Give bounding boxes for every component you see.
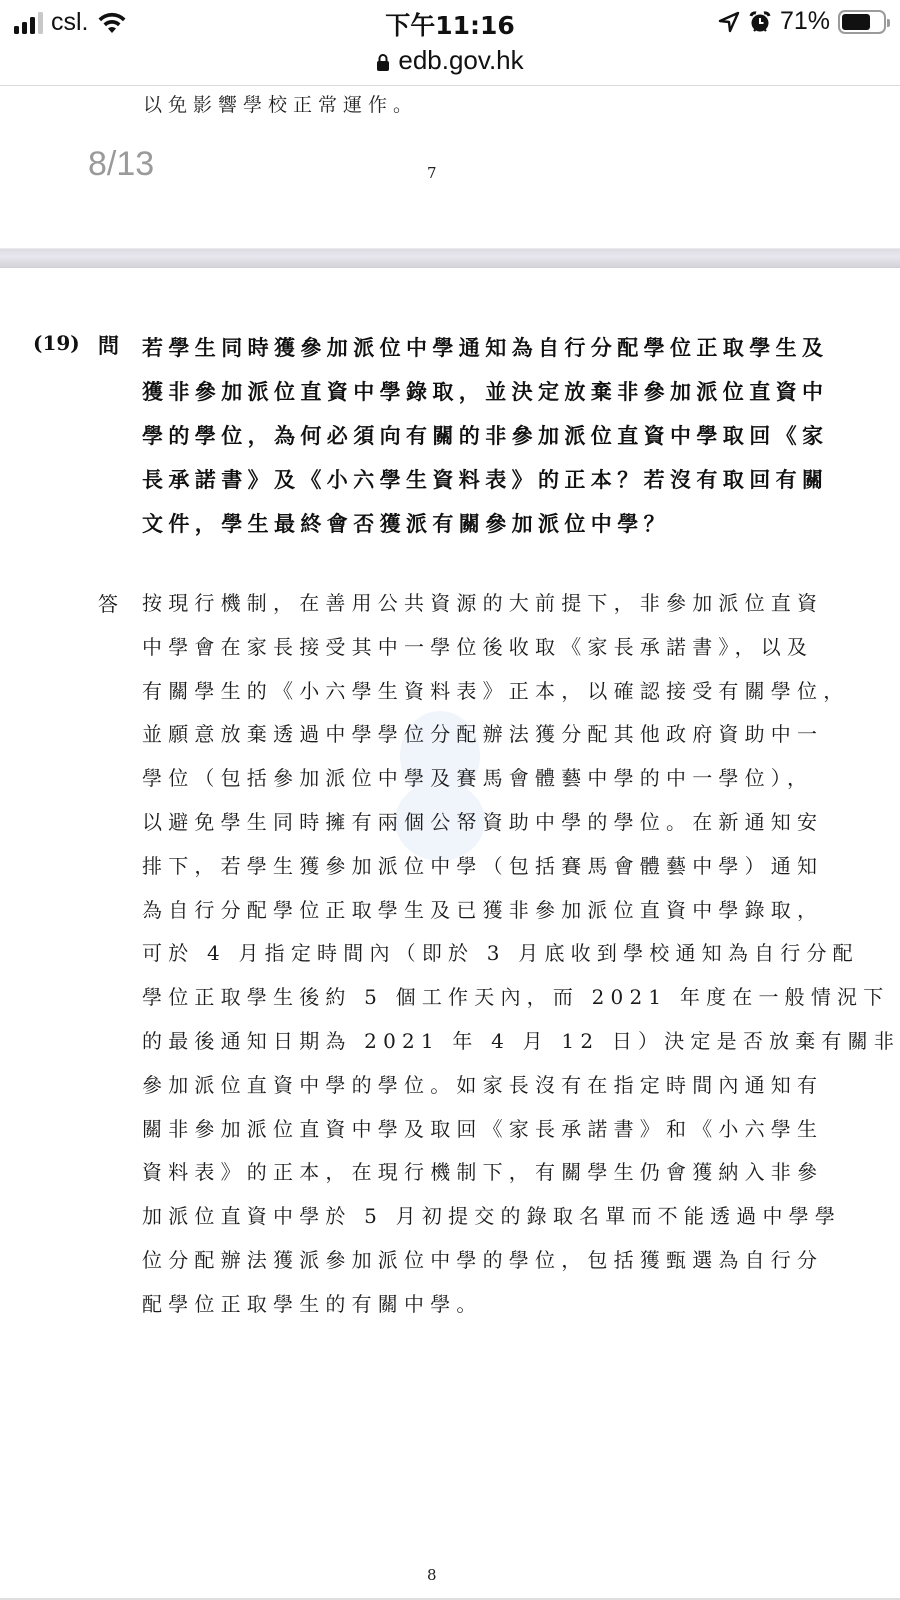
answer-line: 按現行機制，在善用公共資源的大前提下，非參加派位直資 bbox=[142, 582, 827, 626]
lock-icon bbox=[376, 53, 390, 71]
answer-line: 的最後通知日期為 2021 年 4 月 12 日）決定是否放棄有關非 bbox=[142, 1020, 827, 1064]
question-line: 長承諾書》及《小六學生資料表》的正本？若沒有取回有關 bbox=[142, 458, 827, 502]
answer-line: 學位正取學生後約 5 個工作天內，而 2021 年度在一般情況下 bbox=[142, 976, 827, 1020]
pdf-viewer[interactable]: 以免影響學校正常運作。 8/13 7 (19) 問 若學生同時獲參加派位中學通知… bbox=[0, 86, 900, 1600]
answer-line: 有關學生的《小六學生資料表》正本，以確認接受有關學位， bbox=[142, 670, 827, 714]
question-label: 問 bbox=[98, 330, 119, 360]
battery-icon bbox=[838, 10, 886, 34]
question-line: 學的學位，為何必須向有關的非參加派位直資中學取回《家 bbox=[142, 414, 827, 458]
page-number: 8 bbox=[427, 1566, 437, 1584]
answer-text: 按現行機制，在善用公共資源的大前提下，非參加派位直資 中學會在家長接受其中一學位… bbox=[142, 582, 827, 1327]
answer-label: 答 bbox=[98, 588, 118, 617]
answer-line: 為自行分配學位正取學生及已獲非參加派位直資中學錄取， bbox=[142, 889, 827, 933]
location-arrow-icon bbox=[718, 11, 740, 33]
answer-line: 配學位正取學生的有關中學。 bbox=[142, 1283, 827, 1327]
battery-percent: 71% bbox=[780, 7, 830, 36]
answer-line: 位分配辦法獲派參加派位中學的學位，包括獲甄選為自行分 bbox=[142, 1239, 827, 1283]
page-number: 7 bbox=[427, 164, 437, 182]
answer-line: 參加派位直資中學的學位。如家長沒有在指定時間內通知有 bbox=[142, 1064, 827, 1108]
answer-line: 加派位直資中學於 5 月初提交的錄取名單而不能透過中學學 bbox=[142, 1195, 827, 1239]
question-text: 若學生同時獲參加派位中學通知為自行分配學位正取學生及 獲非參加派位直資中學錄取，… bbox=[142, 326, 827, 546]
page-divider bbox=[0, 248, 900, 268]
answer-line: 學位（包括參加派位中學及賽馬會體藝中學的中一學位）， bbox=[142, 757, 827, 801]
status-bar: csl. 下午11:16 71% bbox=[0, 0, 900, 42]
answer-line: 排下，若學生獲參加派位中學（包括賽馬會體藝中學）通知 bbox=[142, 845, 827, 889]
answer-line: 關非參加派位直資中學及取回《家長承諾書》和《小六學生 bbox=[142, 1108, 827, 1152]
question-line: 獲非參加派位直資中學錄取，並決定放棄非參加派位直資中 bbox=[142, 370, 827, 414]
answer-line: 中學會在家長接受其中一學位後收取《家長承諾書》，以及 bbox=[142, 626, 827, 670]
question-line: 文件，學生最終會否獲派有關參加派位中學？ bbox=[142, 502, 827, 546]
status-right: 71% bbox=[718, 7, 886, 36]
answer-line: 可於 4 月指定時間內（即於 3 月底收到學校通知為自行分配 bbox=[142, 932, 827, 976]
answer-line: 資料表》的正本，在現行機制下，有關學生仍會獲納入非參 bbox=[142, 1151, 827, 1195]
page-indicator: 8/13 bbox=[70, 132, 200, 196]
answer-line: 並願意放棄透過中學學位分配辦法獲分配其他政府資助中一 bbox=[142, 713, 827, 757]
question-line: 若學生同時獲參加派位中學通知為自行分配學位正取學生及 bbox=[142, 326, 827, 370]
answer-line: 以避免學生同時擁有兩個公帑資助中學的學位。在新通知安 bbox=[142, 801, 827, 845]
address-bar[interactable]: edb.gov.hk bbox=[0, 42, 900, 86]
url-text[interactable]: edb.gov.hk bbox=[398, 45, 523, 76]
previous-page-text: 以免影響學校正常運作。 bbox=[143, 90, 418, 117]
question-number: (19) bbox=[33, 331, 80, 355]
alarm-clock-icon bbox=[748, 10, 772, 34]
